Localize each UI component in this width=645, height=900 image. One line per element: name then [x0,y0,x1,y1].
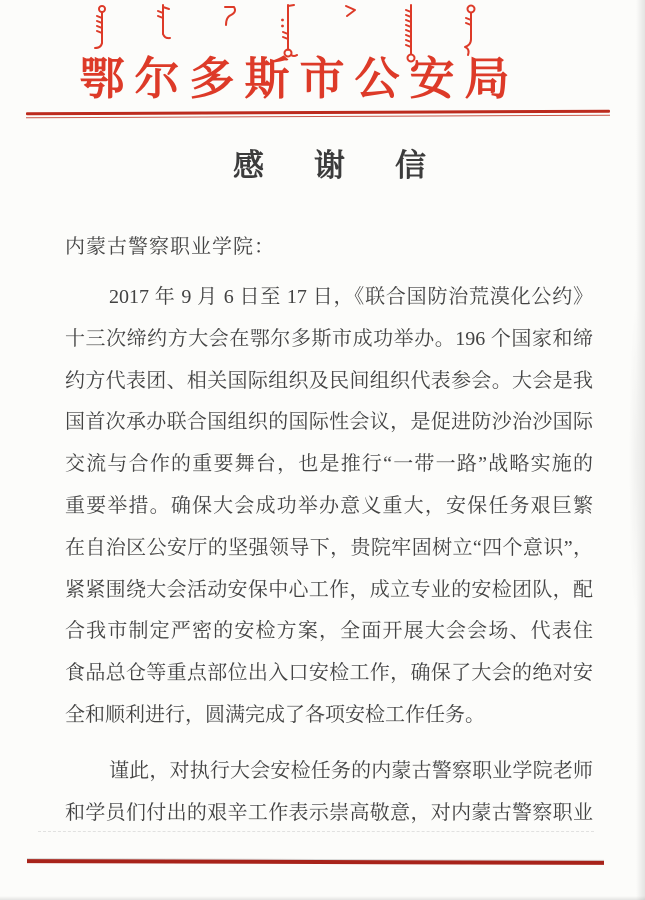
letterhead-rule [26,110,610,119]
mongolian-glyph [92,3,112,51]
letter-title: 感谢信 [0,146,645,186]
scan-edge-artifact [0,896,645,900]
body-line: 谨此，对执行大会安检任务的内蒙古警察职业学院老师 [65,751,593,793]
body-line: 约方代表团、相关国际组织及民间组织代表参会。大会是我 [65,361,593,403]
letter-body: 内蒙古警察职业学院： 2017 年 9 月 6 日至 17 日，《联合国防治荒漠… [65,226,593,834]
mongolian-glyph [153,3,173,41]
mongolian-word-2 [153,3,173,41]
body-line: 紧紧围绕大会活动安保中心工作，成立专业的安检团队，配 [65,570,593,612]
scan-noise-line [38,831,594,832]
body-line: 在自治区公安厅的坚强领导下，贵院牢固树立“四个意识”， [65,528,593,570]
letter-title-text: 感谢信 [233,148,476,183]
agency-name: 鄂尔多斯市公安局 [0,52,645,106]
body-line: 和学员们付出的艰辛工作表示崇高敬意，对内蒙古警察职业 [65,793,593,835]
body-line: 合我市制定严密的安检方案，全面开展大会会场、代表住地、 [65,611,593,653]
mongolian-glyph [341,3,361,19]
scan-smudge-artifact [629,300,643,620]
salutation: 内蒙古警察职业学院： [65,226,593,268]
mongolian-word-1 [92,3,112,51]
body-line: 十三次缔约方大会在鄂尔多斯市成功举办。196 个国家和缔 [65,319,593,361]
scanned-letter-page: 鄂尔多斯市公安局 感谢信 内蒙古警察职业学院： 2017 年 9 月 6 日至 … [0,0,645,900]
agency-name-text: 鄂尔多斯市公安局 [79,54,519,104]
mongolian-word-7 [461,3,481,57]
body-line: 国首次承办联合国组织的国际性会议，是促进防沙治沙国际 [65,402,593,444]
body-line: 全和顺利进行，圆满完成了各项安检工作任务。 [65,695,593,737]
footer-rule [27,859,604,865]
body-line: 食品总仓等重点部位出入口安检工作，确保了大会的绝对安 [65,653,593,695]
paragraph-1: 2017 年 9 月 6 日至 17 日，《联合国防治荒漠化公约》第 十三次缔约… [65,277,593,737]
mongolian-glyph [221,3,241,29]
mongolian-word-3 [221,3,241,29]
body-line: 交流与合作的重要舞台，也是推行“一带一路”战略实施的 [65,444,593,486]
mongolian-glyph [461,3,481,57]
paragraph-2: 谨此，对执行大会安检任务的内蒙古警察职业学院老师 和学员们付出的艰辛工作表示崇高… [65,751,593,835]
mongolian-word-5 [341,3,361,19]
body-line: 重要举措。确保大会成功举办意义重大，安保任务艰巨繁重。 [65,486,593,528]
body-line: 2017 年 9 月 6 日至 17 日，《联合国防治荒漠化公约》第 [65,277,593,319]
letterhead-rule-thin [26,115,610,119]
